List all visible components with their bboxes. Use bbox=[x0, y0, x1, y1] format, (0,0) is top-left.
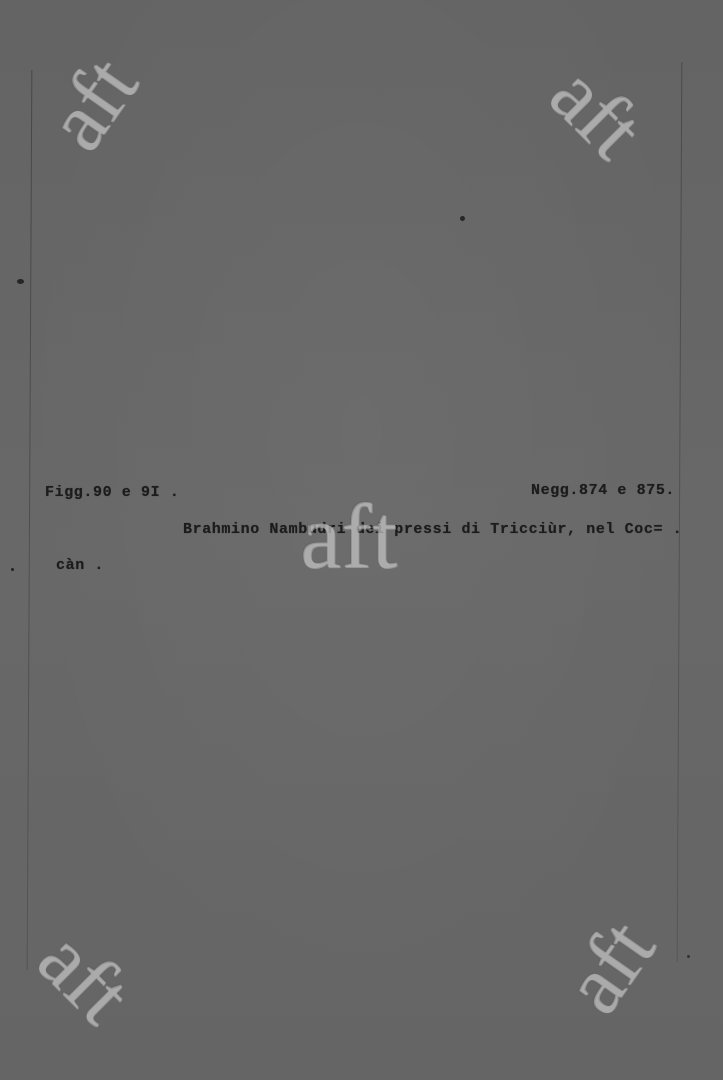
figure-reference: Figg.90 e 9I . bbox=[45, 484, 179, 501]
card-border-left bbox=[27, 70, 33, 970]
ink-speck bbox=[460, 216, 465, 221]
card-border-right bbox=[677, 62, 683, 962]
margin-dot bbox=[11, 568, 14, 571]
watermark-center: aft bbox=[300, 490, 397, 582]
caption-line-2: càn . bbox=[56, 557, 104, 574]
ink-speck bbox=[17, 279, 24, 284]
caption-line-1: Brahmino Nambudri dei pressi di Tricciùr… bbox=[183, 521, 682, 538]
ink-speck bbox=[687, 955, 690, 958]
archive-card: Figg.90 e 9I . Negg.874 e 875. Brahmino … bbox=[0, 0, 723, 1080]
watermark-bottom-right: aft bbox=[549, 907, 669, 1028]
watermark-top-right: aft bbox=[535, 51, 657, 173]
watermark-top-left: aft bbox=[32, 44, 152, 165]
negative-reference: Negg.874 e 875. bbox=[531, 482, 675, 499]
watermark-bottom-left: aft bbox=[23, 916, 145, 1038]
